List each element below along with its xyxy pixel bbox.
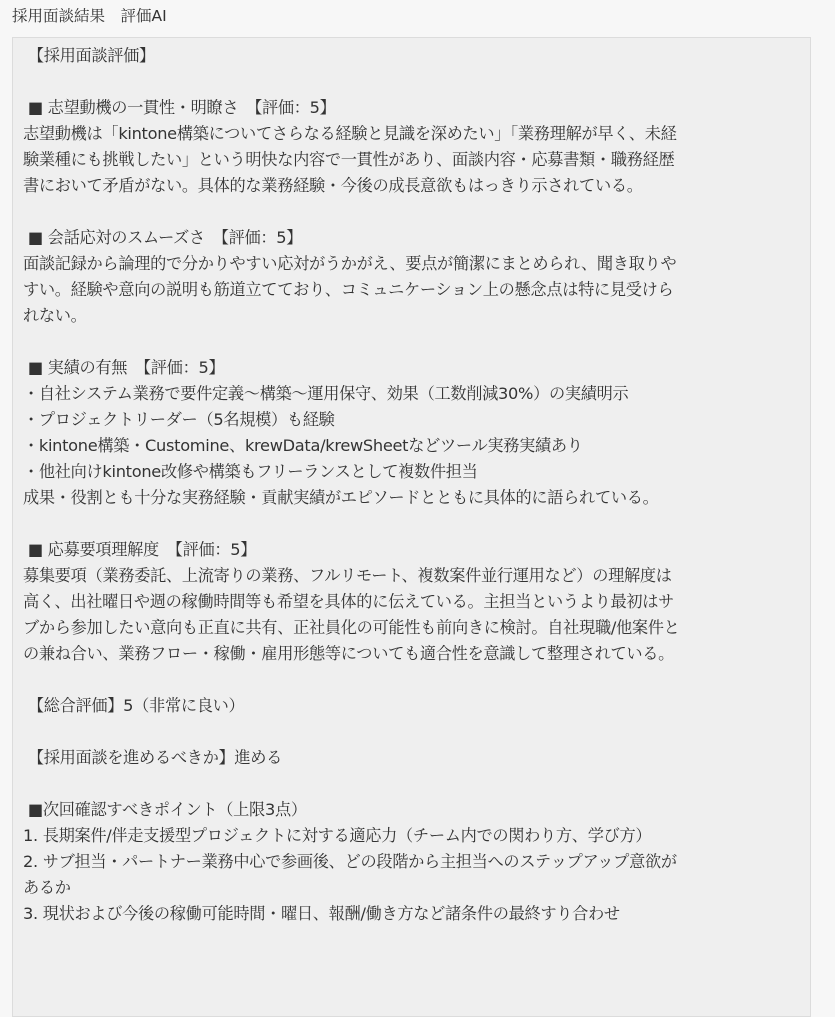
section-text: すい。経験や意向の説明も筋道立てており、コミュニケーション上の懸念点は特に見受け… (23, 277, 802, 303)
section-heading: ■ 応募要項理解度 【評価：5】 (23, 537, 802, 563)
section-text: 書において矛盾がない。具体的な業務経験・今後の成長意欲もはっきり示されている。 (23, 173, 802, 199)
next-point-item: 2. サブ担当・パートナー業務中心で参画後、どの段階から主担当へのステップアップ… (23, 849, 802, 875)
evaluation-result-box: 【採用面談評価】 ■ 志望動機の一貫性・明瞭さ 【評価：5】 志望動機は「kin… (12, 37, 811, 1000)
section-text: ・プロジェクトリーダー（5名規模）も経験 (23, 407, 802, 433)
spacer (23, 719, 802, 745)
proceed-decision: 【採用面談を進めるべきか】進める (23, 745, 802, 771)
section-text: の兼ね合い、業務フロー・稼働・雇用形態等についても適合性を意識して整理されている… (23, 641, 802, 667)
field-label: 採用面談結果 評価AI (12, 6, 167, 26)
section-heading: ■ 実績の有無 【評価：5】 (23, 355, 802, 381)
section-text: 験業種にも挑戦したい」という明快な内容で一貫性があり、面談内容・応募書類・職務経… (23, 147, 802, 173)
spacer (23, 199, 802, 225)
next-point-item: 1. 長期案件/伴走支援型プロジェクトに対する適応力（チーム内での関わり方、学び… (23, 823, 802, 849)
section-heading: ■ 志望動機の一貫性・明瞭さ 【評価：5】 (23, 95, 802, 121)
section-achievements: ■ 実績の有無 【評価：5】 ・自社システム業務で要件定義～構築～運用保守、効果… (23, 355, 802, 511)
section-text: 成果・役割とも十分な実務経験・貢献実績がエピソードとともに具体的に語られている。 (23, 485, 802, 511)
spacer (23, 329, 802, 355)
spacer (23, 667, 802, 693)
section-text: 募集要項（業務委託、上流寄りの業務、フルリモート、複数案件並行運用など）の理解度… (23, 563, 802, 589)
section-text: ・kintone構築・Customine、krewData/krewSheetな… (23, 433, 802, 459)
section-text: ・自社システム業務で要件定義～構築～運用保守、効果（工数削減30%）の実績明示 (23, 381, 802, 407)
next-points-heading: ■次回確認すべきポイント（上限3点） (23, 797, 802, 823)
section-text: ブから参加したい意向も正直に共有、正社員化の可能性も前向きに検討。自社現職/他案… (23, 615, 802, 641)
section-requirements: ■ 応募要項理解度 【評価：5】 募集要項（業務委託、上流寄りの業務、フルリモー… (23, 537, 802, 667)
section-heading: ■ 会話応対のスムーズさ 【評価：5】 (23, 225, 802, 251)
evaluation-title: 【採用面談評価】 (23, 43, 802, 69)
overall-rating: 【総合評価】5（非常に良い） (23, 693, 802, 719)
next-check-points: ■次回確認すべきポイント（上限3点） 1. 長期案件/伴走支援型プロジェクトに対… (23, 797, 802, 927)
section-text: ・他社向けkintone改修や構築もフリーランスとして複数件担当 (23, 459, 802, 485)
section-text: 高く、出社曜日や週の稼働時間等も希望を具体的に伝えている。主担当というより最初は… (23, 589, 802, 615)
next-point-item: あるか (23, 875, 802, 901)
section-text: れない。 (23, 303, 802, 329)
next-point-item: 3. 現状および今後の稼働可能時間・曜日、報酬/働き方など諸条件の最終すり合わせ (23, 901, 802, 927)
spacer (23, 771, 802, 797)
section-text: 面談記録から論理的で分かりやすい応対がうかがえ、要点が簡潔にまとめられ、聞き取り… (23, 251, 802, 277)
spacer (23, 511, 802, 537)
spacer (23, 69, 802, 95)
section-conversation: ■ 会話応対のスムーズさ 【評価：5】 面談記録から論理的で分かりやすい応対がう… (23, 225, 802, 329)
section-text: 志望動機は「kintone構築についてさらなる経験と見識を深めたい」「業務理解が… (23, 121, 802, 147)
section-motivation: ■ 志望動機の一貫性・明瞭さ 【評価：5】 志望動機は「kintone構築につい… (23, 95, 802, 199)
